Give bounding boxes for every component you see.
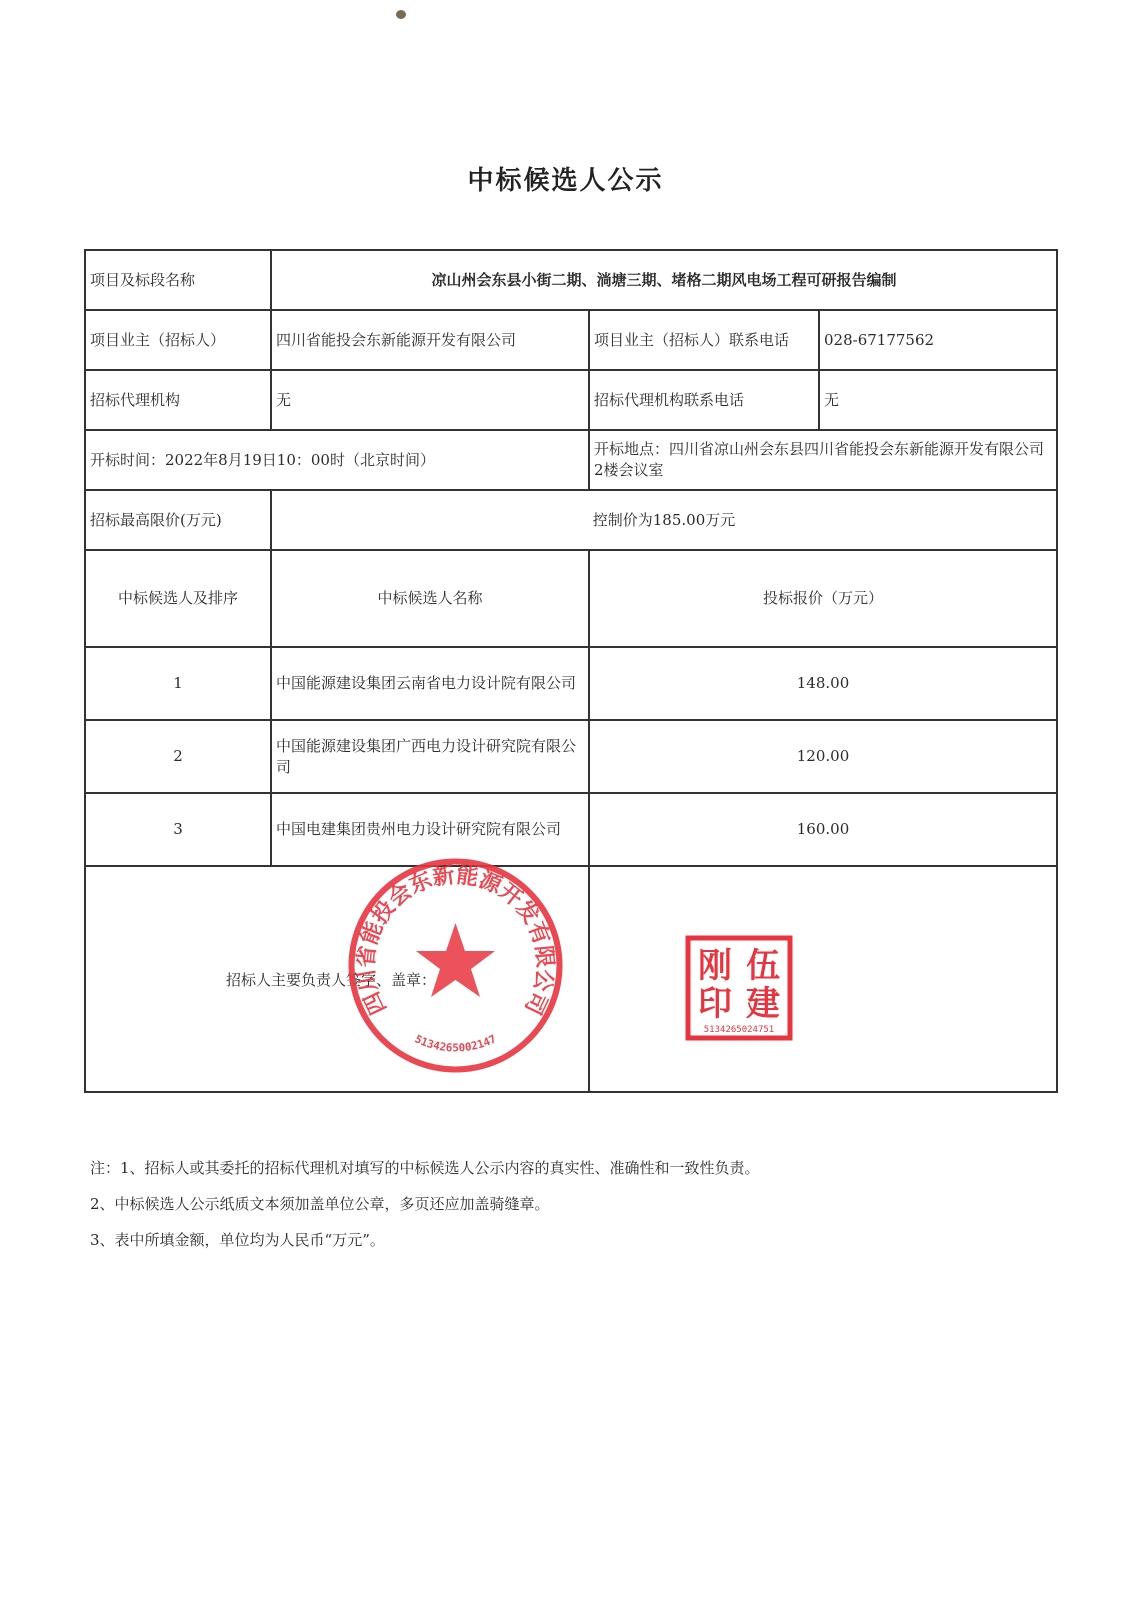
owner-label: 项目业主（招标人） (85, 310, 271, 370)
candidate-row: 3 中国电建集团贵州电力设计研究院有限公司 160.00 (85, 793, 1057, 866)
agent-label: 招标代理机构 (85, 370, 271, 430)
bid-candidate-form: 项目及标段名称 凉山州会东县小街二期、淌塘三期、堵格二期风电场工程可研报告编制 … (84, 249, 1058, 1093)
svg-text:5134265024751: 5134265024751 (704, 1025, 774, 1035)
signature-row: 招标人主要负责人签字、盖章： 四川省能投会东新能源开发有限公司 51342650… (85, 866, 1057, 1092)
opening-row: 开标时间：2022年8月19日10：00时（北京时间） 开标地点：四川省凉山州会… (85, 430, 1057, 490)
header-rank: 中标候选人及排序 (85, 550, 271, 647)
candidates-header-row: 中标候选人及排序 中标候选人名称 投标报价（万元） (85, 550, 1057, 647)
opening-time: 开标时间：2022年8月19日10：00时（北京时间） (85, 430, 589, 490)
candidate-price: 120.00 (589, 720, 1057, 793)
svg-text:伍: 伍 (746, 946, 780, 986)
owner-name: 四川省能投会东新能源开发有限公司 (271, 310, 589, 370)
note-item: 3、表中所填金额，单位均为人民币“万元”。 (90, 1222, 760, 1258)
page-title: 中标候选人公示 (0, 160, 1131, 197)
candidate-price: 160.00 (589, 793, 1057, 866)
svg-text:印: 印 (698, 984, 732, 1024)
company-seal-icon: 四川省能投会东新能源开发有限公司 5134265002147 (343, 853, 568, 1078)
candidate-row: 2 中国能源建设集团广西电力设计研究院有限公司 120.00 (85, 720, 1057, 793)
svg-text:5134265002147: 5134265002147 (413, 1032, 499, 1054)
candidate-rank: 1 (85, 647, 271, 720)
notes: 注：1、招标人或其委托的招标代理机对填写的中标候选人公示内容的真实性、准确性和一… (90, 1150, 760, 1258)
max-price-value: 控制价为185.00万元 (271, 490, 1057, 550)
agent-name: 无 (271, 370, 589, 430)
project-name: 凉山州会东县小街二期、淌塘三期、堵格二期风电场工程可研报告编制 (271, 250, 1057, 310)
header-price: 投标报价（万元） (589, 550, 1057, 647)
svg-text:建: 建 (746, 984, 780, 1024)
candidate-rank: 3 (85, 793, 271, 866)
max-price-label: 招标最高限价(万元) (85, 490, 271, 550)
agent-phone: 无 (819, 370, 1057, 430)
scan-speck (396, 10, 406, 19)
svg-text:刚: 刚 (698, 946, 732, 986)
note-item: 2、中标候选人公示纸质文本须加盖单位公章，多页还应加盖骑缝章。 (90, 1186, 760, 1222)
signature-cell: 招标人主要负责人签字、盖章： 四川省能投会东新能源开发有限公司 51342650… (85, 866, 589, 1092)
candidate-name: 中国能源建设集团云南省电力设计院有限公司 (271, 647, 589, 720)
personal-seal-icon: 伍 建 刚 印 5134265024751 (685, 935, 793, 1041)
project-row: 项目及标段名称 凉山州会东县小街二期、淌塘三期、堵格二期风电场工程可研报告编制 (85, 250, 1057, 310)
candidate-row: 1 中国能源建设集团云南省电力设计院有限公司 148.00 (85, 647, 1057, 720)
owner-row: 项目业主（招标人） 四川省能投会东新能源开发有限公司 项目业主（招标人）联系电话… (85, 310, 1057, 370)
max-price-row: 招标最高限价(万元) 控制价为185.00万元 (85, 490, 1057, 550)
agent-phone-label: 招标代理机构联系电话 (589, 370, 819, 430)
personal-seal-cell: 伍 建 刚 印 5134265024751 (589, 866, 1057, 1092)
opening-place: 开标地点：四川省凉山州会东县四川省能投会东新能源开发有限公司2楼会议室 (589, 430, 1057, 490)
owner-phone: 028-67177562 (819, 310, 1057, 370)
owner-phone-label: 项目业主（招标人）联系电话 (589, 310, 819, 370)
agent-row: 招标代理机构 无 招标代理机构联系电话 无 (85, 370, 1057, 430)
note-item: 注：1、招标人或其委托的招标代理机对填写的中标候选人公示内容的真实性、准确性和一… (90, 1150, 760, 1186)
candidate-price: 148.00 (589, 647, 1057, 720)
header-name: 中标候选人名称 (271, 550, 589, 647)
candidate-name: 中国能源建设集团广西电力设计研究院有限公司 (271, 720, 589, 793)
candidate-rank: 2 (85, 720, 271, 793)
project-label: 项目及标段名称 (85, 250, 271, 310)
